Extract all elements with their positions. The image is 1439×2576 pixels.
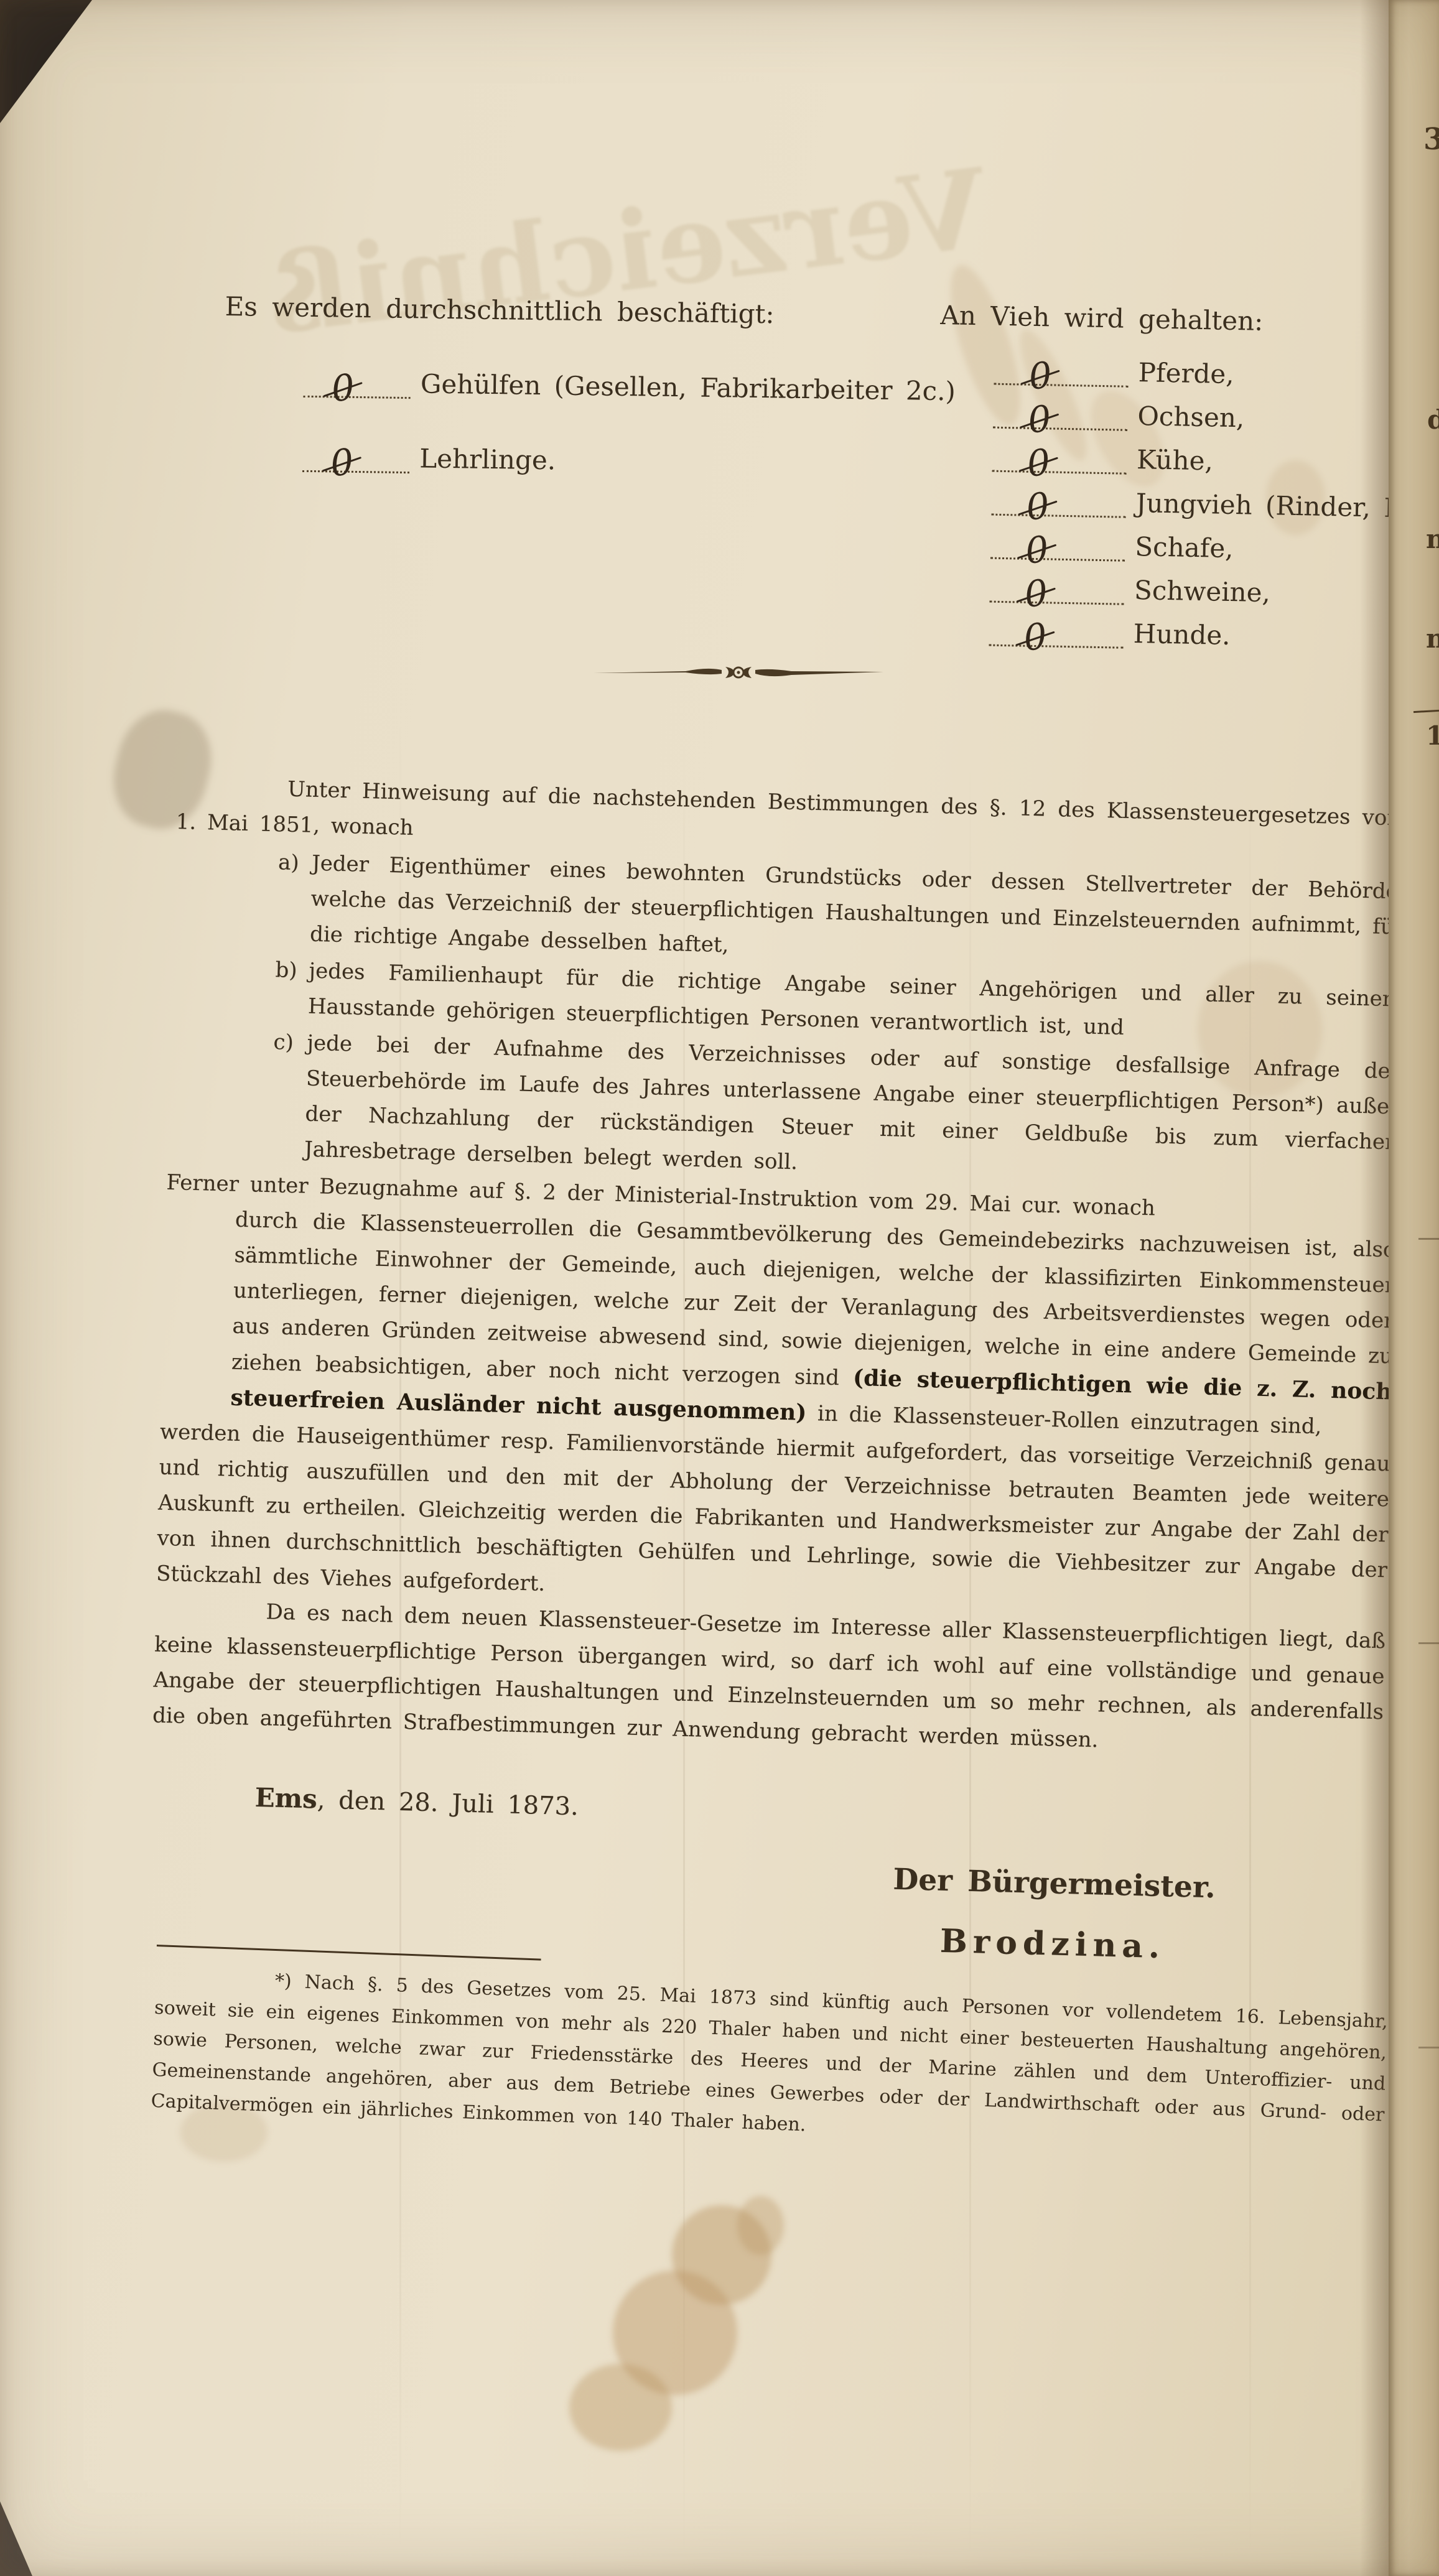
livestock-row-label: Hunde.: [1133, 618, 1231, 651]
edge-rule-fragment: [1418, 1642, 1439, 1644]
large-stain: [569, 2364, 672, 2451]
clause-c-text: jede bei der Aufnahme des Verzeichnisses…: [304, 1031, 1401, 1175]
footnote-rule: [157, 1945, 541, 1961]
dotted-fill-line: 0: [994, 362, 1129, 388]
signature-block: Der Bürgermeister. Brodzina.: [859, 1861, 1247, 1966]
livestock-row-label: Ochsen,: [1137, 401, 1245, 433]
livestock-row-label: Schweine,: [1134, 575, 1271, 608]
sub-paragraph-text: durch die Klassensteuerrollen die Gesamm…: [231, 1207, 1396, 1391]
employment-row-label: Gehülfen (Gesellen, Fabrikarbeiter 2c.): [421, 368, 956, 406]
scan-corner: [0, 2501, 32, 2576]
handwritten-zero: 0: [1025, 444, 1052, 481]
edge-text-fragment: d: [1427, 404, 1439, 435]
handwritten-zero: 0: [1024, 531, 1051, 569]
handwritten-zero: 0: [1022, 618, 1049, 656]
livestock-row-label: Kühe,: [1137, 444, 1214, 476]
footnote-text: *) Nach §. 5 des Gesetzes vom 25. Mai 18…: [151, 1961, 1389, 2162]
dotted-fill-line: 0: [990, 580, 1125, 605]
footnote: *) Nach §. 5 des Gesetzes vom 25. Mai 18…: [151, 1945, 1389, 2162]
handwritten-zero: 0: [1027, 400, 1053, 438]
place-name: Ems: [254, 1782, 317, 1815]
signature-title: Der Bürgermeister.: [861, 1861, 1247, 1906]
employment-section: Es werden durchschnittlich beschäftigt: …: [223, 291, 957, 481]
dotted-fill-line: 0: [990, 536, 1125, 562]
employment-row-label: Lehrlinge.: [419, 443, 556, 475]
handwritten-zero: 0: [330, 369, 356, 407]
sub-paragraph: durch die Klassensteuerrollen die Gesamm…: [230, 1202, 1396, 1447]
livestock-row-label: Pferde,: [1138, 357, 1234, 389]
large-stain: [613, 2271, 737, 2395]
handwritten-zero: 0: [1023, 574, 1050, 612]
adjacent-page-number: 3: [1423, 122, 1439, 157]
edge-rule-fragment: [1418, 2047, 1439, 2048]
edge-text-fragment: n: [1426, 623, 1439, 654]
clause-a-label: a): [277, 845, 299, 881]
notice-body: Unter Hinweisung auf die nachstehenden B…: [147, 769, 1408, 1970]
employment-row: 0 Gehülfen (Gesellen, Fabrikarbeiter 2c.…: [304, 361, 956, 407]
dotted-fill-line: 0: [993, 406, 1128, 431]
signature-name: Brodzina.: [859, 1921, 1246, 1966]
edge-rule-fragment: [1418, 1238, 1439, 1240]
dotted-fill-line: 0: [992, 449, 1127, 475]
employment-row: 0 Lehrlinge.: [302, 436, 955, 481]
scan-corner: [0, 0, 92, 123]
clause-b-label: b): [275, 952, 298, 988]
request-paragraph: werden die Hauseigenthümer resp. Familie…: [156, 1415, 1390, 1624]
dotted-fill-line: 0: [302, 449, 409, 473]
adjacent-page-edge: 3 d n n 1: [1389, 0, 1439, 2576]
employment-heading: Es werden durchschnittlich beschäftigt:: [225, 291, 957, 332]
handwritten-zero: 0: [1025, 487, 1051, 525]
clause-c-label: c): [273, 1025, 294, 1061]
large-stain: [672, 2205, 771, 2305]
livestock-row-label: Schafe,: [1135, 531, 1234, 564]
dateline: Ems, den 28. Juli 1873.: [254, 1780, 1381, 1846]
document-page: Verzeichniß Es werden durchschnittlich b…: [0, 0, 1439, 2576]
edge-rule-fragment: [1413, 710, 1439, 713]
handwritten-zero: 0: [328, 444, 355, 482]
dotted-fill-line: 0: [989, 623, 1124, 649]
dotted-fill-line: 0: [991, 493, 1126, 518]
page-fold-shadow: [1360, 0, 1389, 2576]
large-stain: [737, 2196, 784, 2255]
handwritten-zero: 0: [1027, 356, 1054, 394]
edge-text-fragment: 1: [1426, 720, 1439, 751]
divider-ornament: [592, 658, 885, 688]
dotted-fill-line: 0: [304, 374, 411, 399]
edge-text-fragment: n: [1426, 524, 1439, 554]
date-text: , den 28. Juli 1873.: [317, 1785, 579, 1821]
